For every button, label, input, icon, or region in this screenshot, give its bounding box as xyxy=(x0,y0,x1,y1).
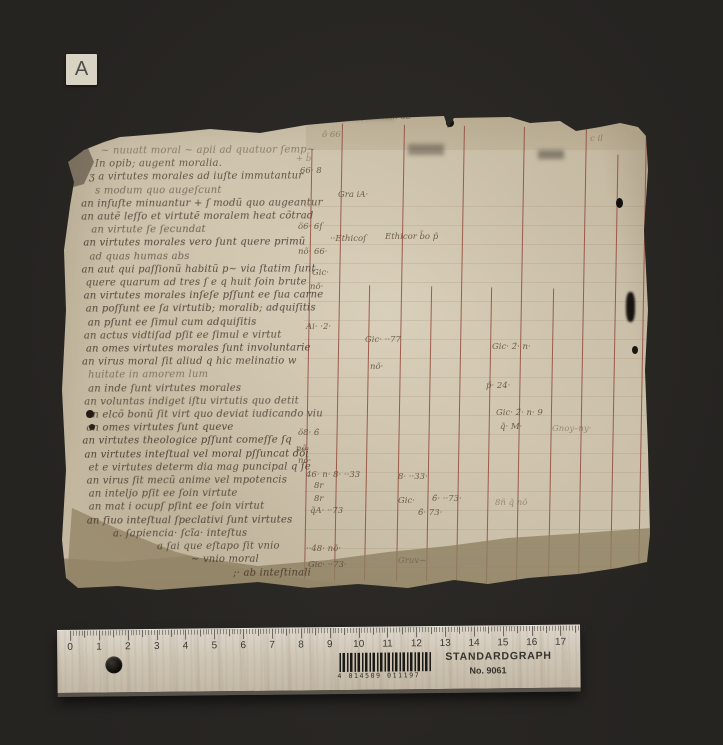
ruler-tick xyxy=(148,630,149,635)
ruler-tick xyxy=(128,630,129,640)
ruler-tick xyxy=(272,629,273,639)
ruler-tick xyxy=(433,627,434,632)
ruler-tick xyxy=(232,629,233,634)
annotation: Gic· 2̃· n· xyxy=(492,342,531,352)
ruler-tick xyxy=(491,626,492,631)
ruler-number: 5 xyxy=(212,640,218,651)
annotation: ö6· 6ſ xyxy=(298,222,322,232)
ruler-tick xyxy=(194,630,195,635)
ruler-tick xyxy=(220,629,221,634)
ruler-tick xyxy=(335,628,336,633)
ruler-tick xyxy=(177,630,178,635)
ruler-model: No. 9061 xyxy=(469,665,506,675)
ruler-tick xyxy=(243,629,244,639)
ruler-tick xyxy=(396,627,397,632)
annotation: Ai· ·2· xyxy=(306,322,331,332)
ruler-tick xyxy=(523,626,524,631)
ruler-tick xyxy=(327,628,328,633)
ruler-tick xyxy=(480,627,481,632)
ruler-tick xyxy=(211,629,212,634)
ruler-tick xyxy=(350,628,351,633)
ink-blot xyxy=(89,424,95,430)
ruler-tick xyxy=(578,626,579,631)
ruler-tick xyxy=(485,627,486,632)
ruler-tick xyxy=(122,630,123,635)
ruler-tick xyxy=(217,629,218,634)
ruler-tick xyxy=(278,629,279,634)
ruler-tick xyxy=(399,627,400,632)
annotation: nõ· xyxy=(310,282,323,292)
ruler-tick xyxy=(249,629,250,634)
ruler-tick xyxy=(113,630,114,637)
annotation: p̃· 24· xyxy=(486,381,510,391)
ruler-tick xyxy=(237,629,238,634)
ruler-tick xyxy=(159,630,160,635)
ruler-tick xyxy=(361,628,362,633)
ruler-tick xyxy=(229,629,230,636)
parchment-hole xyxy=(632,346,638,354)
ruler-tick xyxy=(517,626,518,633)
ruler-tick xyxy=(269,629,270,634)
annotation: Ethicor b̃o p̃ xyxy=(385,232,438,242)
ruler-tick xyxy=(200,629,201,636)
ruler-number: 14 xyxy=(468,638,479,649)
ruler-tick xyxy=(84,631,85,638)
ruler-tick xyxy=(188,630,189,635)
ruler-number: 1 xyxy=(96,642,102,653)
ruler-tick xyxy=(384,628,385,633)
ruler-tick xyxy=(142,630,143,637)
ruler-tick xyxy=(358,628,359,638)
ruler-tick xyxy=(341,628,342,633)
ruler-tick xyxy=(157,630,158,640)
ink-blot xyxy=(86,410,94,418)
ruler-tick xyxy=(459,627,460,634)
ruler-tick xyxy=(543,626,544,631)
ruler-tick xyxy=(191,630,192,635)
annotation: 6̃· 73· xyxy=(418,508,442,518)
ruler-tick xyxy=(390,627,391,632)
ruler-tick xyxy=(509,626,510,631)
ruler-tick xyxy=(379,628,380,633)
ink-smudge xyxy=(586,120,598,127)
annotation: nõ· 66· xyxy=(298,247,328,257)
ruler-tick xyxy=(324,628,325,633)
ruler-tick xyxy=(93,631,94,636)
ruler-tick xyxy=(575,626,576,633)
ruler-tick xyxy=(474,627,475,637)
ruler-tick xyxy=(185,630,186,640)
ruler-tick xyxy=(506,626,507,631)
ruler-tick xyxy=(581,626,582,631)
ruler-tick xyxy=(503,626,504,636)
ruler-number: 15 xyxy=(497,637,508,648)
ruler-tick xyxy=(99,631,100,641)
ruler-tick xyxy=(494,626,495,631)
annotation: + b̃ xyxy=(296,154,311,164)
ruler-tick xyxy=(511,626,512,631)
ruler-number: 3 xyxy=(154,641,160,652)
annotation: Gic· ··73· xyxy=(308,560,347,570)
barcode-digits: 4 014509 011197 xyxy=(337,671,435,680)
ruler-number: 13 xyxy=(440,638,451,649)
ruler-tick xyxy=(203,629,204,634)
ruler-tick xyxy=(488,626,489,633)
annotation: q̃A· ··73 xyxy=(310,506,343,516)
ruler-tick xyxy=(206,629,207,634)
ruler-tick xyxy=(73,631,74,636)
ruler-tick xyxy=(454,627,455,632)
ruler-tick xyxy=(526,626,527,631)
ink-smudge xyxy=(408,144,444,155)
ink-smudge xyxy=(334,113,394,119)
parchment-hole xyxy=(626,292,635,322)
ruler-number: 17 xyxy=(555,637,566,648)
ruler-number: 12 xyxy=(411,638,422,649)
ruler-tick xyxy=(292,629,293,634)
ruler-tick xyxy=(295,628,296,633)
annotation: q̃· M· xyxy=(500,422,522,432)
ruler-tick xyxy=(497,626,498,631)
ruler-tick xyxy=(344,628,345,635)
ruler-tick xyxy=(546,626,547,633)
annotation: Gruv~ xyxy=(398,556,426,566)
ruler-tick xyxy=(240,629,241,634)
ruler-tick xyxy=(457,627,458,632)
ruler-tick xyxy=(266,629,267,634)
ruler-tick xyxy=(483,627,484,632)
annotation: ··48· nõ· xyxy=(306,544,341,554)
ruler-tick xyxy=(356,628,357,633)
ruler-tick xyxy=(223,629,224,634)
photo-stage: A ~ nuuatt moral ~ apii ad quatuor ſemp~… xyxy=(0,0,723,745)
ruler-tick xyxy=(162,630,163,635)
ruler-tick xyxy=(226,629,227,634)
annotation: nõ· xyxy=(370,362,383,372)
ruler-tick xyxy=(315,628,316,635)
parchment-manuscript: ~ nuuatt moral ~ apii ad quatuor ſemp~In… xyxy=(58,110,652,592)
annotation: Gnoy–ny· xyxy=(552,424,591,434)
ruler-tick xyxy=(151,630,152,635)
annotation: nõ· xyxy=(298,456,311,466)
ruler-tick xyxy=(283,629,284,634)
ruler-tick xyxy=(471,627,472,632)
ruler-tick xyxy=(451,627,452,632)
parchment-hole xyxy=(446,119,454,127)
manuscript-top-fragment: mẽ ſunt loin ab̃ xyxy=(346,112,411,122)
ruler-tick xyxy=(133,630,134,635)
annotation: 6̃· ··73· xyxy=(432,494,462,504)
ruler-tick xyxy=(405,627,406,632)
ruler-tick xyxy=(260,629,261,634)
annotation: 8r xyxy=(314,481,323,491)
ruler-tick xyxy=(125,630,126,635)
ruler-tick xyxy=(281,629,282,634)
annotation: Gic· xyxy=(398,496,415,506)
ruler-tick xyxy=(569,626,570,631)
ruler-tick xyxy=(171,630,172,637)
ruler-number: 10 xyxy=(353,639,364,650)
ruler-tick xyxy=(428,627,429,632)
ruler-tick xyxy=(234,629,235,634)
ruler-tick xyxy=(96,631,97,636)
ruler-tick xyxy=(373,628,374,635)
ruler-tick xyxy=(139,630,140,635)
ruler-tick xyxy=(309,628,310,633)
ruler-tick xyxy=(413,627,414,632)
ruler-tick xyxy=(330,628,331,638)
annotation: c il xyxy=(590,134,603,144)
ruler-number: 2 xyxy=(125,641,131,652)
ruler-tick xyxy=(301,628,302,638)
ruler-number: 11 xyxy=(382,638,393,649)
ruler-tick xyxy=(431,627,432,634)
ruler-number: 8 xyxy=(298,639,304,650)
ruler-number: 16 xyxy=(526,637,537,648)
ruler-tick xyxy=(102,631,103,636)
ruler-tick xyxy=(419,627,420,632)
ruler-tick xyxy=(558,626,559,631)
ruler-tick xyxy=(145,630,146,635)
ruler-tick xyxy=(563,626,564,631)
ruler-tick xyxy=(289,629,290,634)
ruler-number: 7 xyxy=(269,640,275,651)
ruler-tick xyxy=(168,630,169,635)
ruler-tick xyxy=(448,627,449,632)
ruler-tick xyxy=(318,628,319,633)
ruler-tick xyxy=(307,628,308,633)
ruler-tick xyxy=(408,627,409,632)
ruler-tick xyxy=(583,625,584,630)
ruler-tick xyxy=(275,629,276,634)
annotation: Gra iA· xyxy=(338,190,368,200)
ruler-tick xyxy=(520,626,521,631)
ruler-tick xyxy=(246,629,247,634)
annotation: 66· 8 xyxy=(300,166,322,176)
ruler-tick xyxy=(442,627,443,632)
ruler-tick xyxy=(255,629,256,634)
ruler-tick xyxy=(154,630,155,635)
barcode xyxy=(339,652,431,672)
ruler-tick xyxy=(136,630,137,635)
ruler-tick xyxy=(566,626,567,631)
ruler-tick xyxy=(131,630,132,635)
ruler-tick xyxy=(252,629,253,634)
ruler-tick xyxy=(119,630,120,635)
ruler-tick xyxy=(439,627,440,632)
ruler-tick xyxy=(436,627,437,632)
ruler-tick xyxy=(70,631,71,641)
photo-label-a: A xyxy=(66,54,97,85)
ruler-tick xyxy=(214,629,215,639)
annotation: 46· n· 8· ··33 xyxy=(306,470,360,480)
ruler-ticks xyxy=(57,626,580,631)
ruler-tick xyxy=(416,627,417,637)
ruler-tick xyxy=(105,630,106,635)
ruler-tick xyxy=(462,627,463,632)
annotation: Gic· ··77 xyxy=(365,335,401,345)
ruler-tick xyxy=(208,629,209,634)
ruler-tick xyxy=(79,631,80,636)
ruler: 01234567891011121314151617 4 014509 0111… xyxy=(57,625,581,697)
ruler-tick xyxy=(333,628,334,633)
ruler-hole xyxy=(105,656,122,673)
annotation: ··Ethicoſ xyxy=(330,234,366,244)
ruler-tick xyxy=(534,626,535,631)
annotation: 8· ··33· xyxy=(398,472,428,482)
ruler-number: 4 xyxy=(183,641,189,652)
ruler-tick xyxy=(197,630,198,635)
ruler-tick xyxy=(298,628,299,633)
ruler-tick xyxy=(347,628,348,633)
annotation: nõ· xyxy=(296,444,309,454)
ruler-tick xyxy=(514,626,515,631)
ruler-tick xyxy=(90,631,91,636)
ruler-tick xyxy=(477,627,478,632)
ruler-tick xyxy=(82,631,83,636)
ruler-tick xyxy=(87,631,88,636)
ruler-tick xyxy=(370,628,371,633)
ruler-brand: STANDARDGRAPH xyxy=(445,650,552,663)
ruler-tick xyxy=(410,627,411,632)
ruler-tick xyxy=(555,626,556,631)
ruler-tick xyxy=(445,627,446,637)
annotation: Gic· xyxy=(312,268,329,278)
ruler-tick xyxy=(304,628,305,633)
annotation: Gic· 2̃· n· 9 xyxy=(496,408,543,418)
ruler-tick xyxy=(425,627,426,632)
ruler-tick xyxy=(537,626,538,631)
ruler-tick xyxy=(110,630,111,635)
ruler-tick xyxy=(387,628,388,638)
ruler-number: 9 xyxy=(327,639,333,650)
ruler-tick xyxy=(76,631,77,636)
ruler-number: 0 xyxy=(67,642,73,653)
annotation: 8ñ q̃ nõ xyxy=(495,498,527,508)
annotation: ö8· 6̃ xyxy=(298,428,319,438)
ruler-tick xyxy=(116,630,117,635)
ruler-tick xyxy=(108,630,109,635)
ruler-tick xyxy=(393,627,394,632)
ruler-number: 6 xyxy=(240,640,246,651)
ruler-tick xyxy=(165,630,166,635)
ruler-tick xyxy=(364,628,365,633)
ruler-tick xyxy=(402,627,403,634)
ink-smudge xyxy=(538,150,564,159)
ruler-tick xyxy=(549,626,550,631)
ruler-tick xyxy=(338,628,339,633)
ruler-tick xyxy=(572,626,573,631)
ruler-tick xyxy=(465,627,466,632)
ruler-tick xyxy=(263,629,264,634)
ruler-tick xyxy=(529,626,530,631)
ruler-tick xyxy=(382,628,383,633)
ruler-tick xyxy=(552,626,553,631)
ruler-tick xyxy=(468,627,469,632)
ruler-tick xyxy=(560,626,561,636)
ruler-tick xyxy=(312,628,313,633)
ruler-tick xyxy=(367,628,368,633)
column-annotations: mẽ ſunt loin ab̃+ b̃66· 8Gra iA·õ 66c il… xyxy=(58,110,652,592)
ruler-tick xyxy=(286,629,287,636)
ruler-tick xyxy=(540,626,541,631)
ruler-tick xyxy=(422,627,423,632)
ruler-tick xyxy=(258,629,259,636)
ruler-tick xyxy=(500,626,501,631)
annotation: õ 66 xyxy=(322,130,341,140)
ruler-tick xyxy=(376,628,377,633)
ruler-tick xyxy=(174,630,175,635)
ruler-tick xyxy=(532,626,533,636)
ruler-tick xyxy=(183,630,184,635)
ruler-tick xyxy=(353,628,354,633)
ruler-tick xyxy=(321,628,322,633)
annotation: 8r xyxy=(314,494,323,504)
parchment-hole xyxy=(616,198,623,208)
ruler-tick xyxy=(180,630,181,635)
